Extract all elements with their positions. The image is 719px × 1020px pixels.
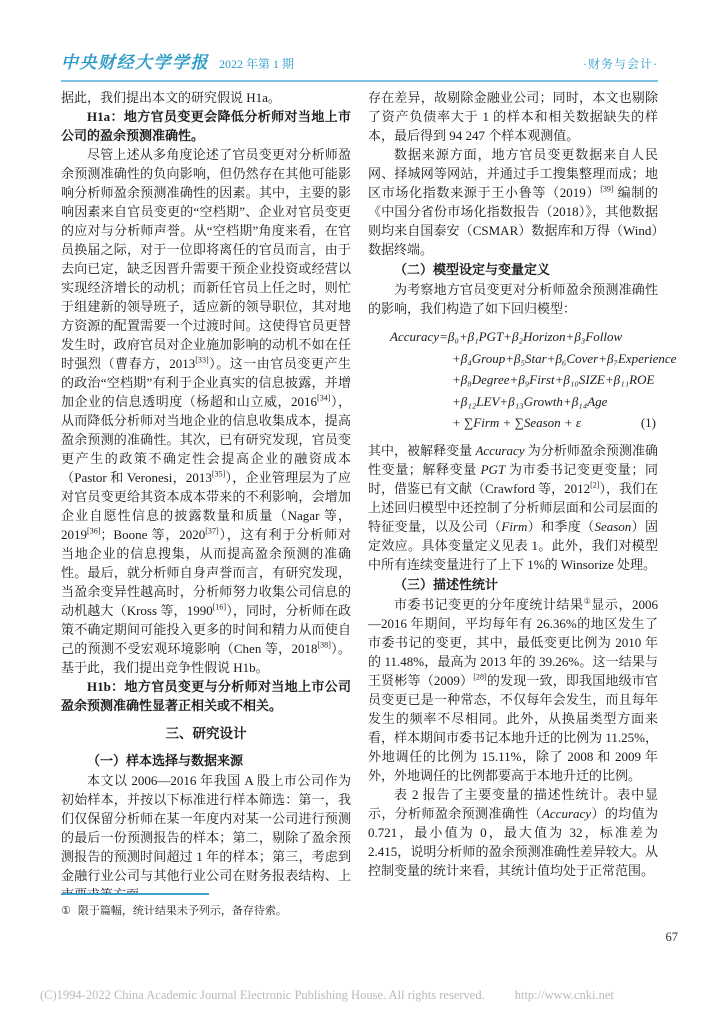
journal-logo: 中央财经大学学报 (61, 48, 209, 73)
sub-heading-sample: （一）样本选择与数据来源 (61, 751, 351, 770)
left-column: 据此，我们提出本文的研究假说 H1a。 H1a：地方官员变更会降低分析师对当地上… (61, 88, 351, 904)
sub-heading-model: （二）模型设定与变量定义 (368, 260, 658, 279)
footnote-divider (61, 893, 209, 895)
equation-number: (1) (641, 412, 656, 434)
paragraph-sample-continued: 存在差异，故剔除金融业公司；同时，本文也剔除了资产负债率大于 1 的样本和相关数… (368, 88, 658, 145)
paragraph-sample-selection: 本文以 2006—2016 年我国 A 股上市公司作为初始样本，并按以下标准进行… (61, 771, 351, 904)
cnki-url: http://www.cnki.net (515, 988, 614, 1003)
paragraph-hypothesis-lead: 据此，我们提出本文的研究假说 H1a。 (61, 88, 351, 107)
formula-line: +β₄Group+β₅Star+β₆Cover+β₇Experience (368, 348, 658, 370)
section-heading: 三、研究设计 (61, 724, 351, 743)
paragraph-data-source: 数据来源方面，地方官员变更数据来自人民网、择城网等网站，并通过手工搜集整理而成；… (368, 145, 658, 259)
paragraph-model-intro: 为考察地方官员变更对分析师盈余预测准确性的影响，我们构造了如下回归模型： (368, 280, 658, 318)
column-section-label: ·财务与会计· (583, 55, 658, 73)
journal-brand: 中央财经大学学报 2022 年第 1 期 (61, 48, 294, 73)
journal-page: 中央财经大学学报 2022 年第 1 期 ·财务与会计· 据此，我们提出本文的研… (0, 0, 719, 1020)
issue-label: 2022 年第 1 期 (219, 55, 294, 72)
paragraph-descriptive-stats: 表 2 报告了主要变量的描述性统计。表中显示，分析师盈余预测准确性（Accura… (368, 785, 658, 880)
footnote-text: ① 限于篇幅，统计结果未予列示，备存待索。 (61, 902, 361, 918)
paragraph-h1b: H1b：地方官员变更与分析师对当地上市公司盈余预测准确性显著正相关或不相关。 (61, 677, 351, 715)
page-number: 67 (666, 930, 679, 945)
formula-line: +β₁₂LEV+β₁₃Growth+β₁₄Age (368, 391, 658, 413)
page-header: 中央财经大学学报 2022 年第 1 期 ·财务与会计· (61, 48, 658, 82)
paragraph-h1a: H1a：地方官员变更会降低分析师对当地上市公司的盈余预测准确性。 (61, 107, 351, 145)
paragraph-yearly-stats: 市委书记变更的分年度统计结果①显示，2006—2016 年期间，平均每年有 26… (368, 595, 658, 785)
footnote-marker: ① (61, 904, 71, 917)
paragraph-model-explain: 其中，被解释变量 Accuracy 为分析师盈余预测准确性变量；解释变量 PGT… (368, 441, 658, 574)
right-column: 存在差异，故剔除金融业公司；同时，本文也剔除了资产负债率大于 1 的样本和相关数… (368, 88, 658, 904)
footnote: ① 限于篇幅，统计结果未予列示，备存待索。 (61, 893, 361, 918)
copyright-text: (C)1994-2022 China Academic Journal Elec… (40, 988, 485, 1003)
regression-formula: Accuracy=β₀+β₁PGT+β₂Horizon+β₃Follow +β₄… (368, 326, 658, 434)
paragraph-discussion: 尽管上述从多角度论述了官员变更对分析师盈余预测准确性的负向影响，但仍然存在其他可… (61, 145, 351, 677)
formula-line: + ∑Firm + ∑Season + ε (1) (368, 412, 658, 434)
formula-line-text: + ∑Firm + ∑Season + ε (452, 412, 581, 434)
two-column-body: 据此，我们提出本文的研究假说 H1a。 H1a：地方官员变更会降低分析师对当地上… (61, 88, 658, 904)
formula-line: Accuracy=β₀+β₁PGT+β₂Horizon+β₃Follow (368, 326, 658, 348)
footnote-content: 限于篇幅，统计结果未予列示，备存待索。 (78, 902, 287, 918)
formula-line: +β₈Degree+β₉First+β₁₀SIZE+β₁₁ROE (368, 369, 658, 391)
sub-heading-descriptive: （三）描述性统计 (368, 575, 658, 594)
copyright-notice: (C)1994-2022 China Academic Journal Elec… (40, 988, 690, 1003)
